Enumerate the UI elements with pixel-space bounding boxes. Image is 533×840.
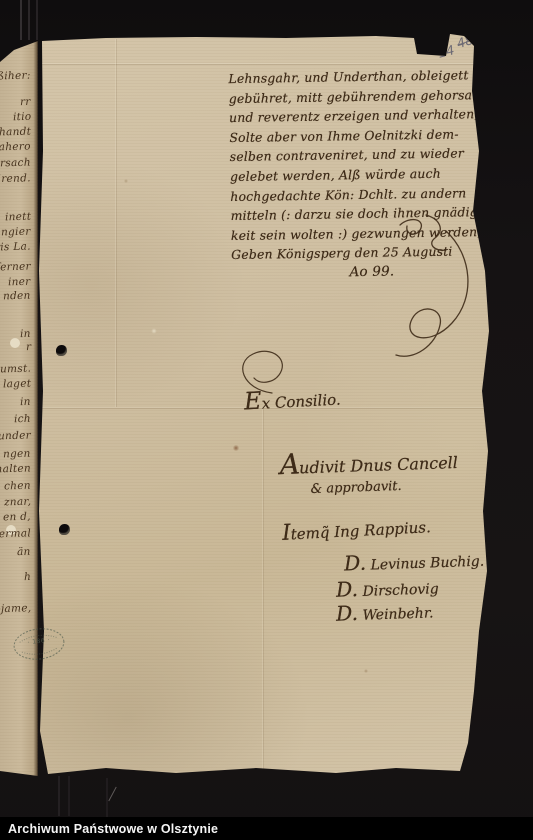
punch-hole	[56, 345, 67, 356]
adjacent-page-text-fragment: hesojame,	[0, 602, 31, 615]
adjacent-page-text-fragment: ferner	[0, 261, 31, 274]
adjacent-page-text-fragment: indermal	[0, 527, 31, 540]
binding-spine	[20, 0, 22, 40]
adjacent-page-text-fragment: ich	[14, 413, 31, 425]
adjacent-page-text-fragment: lhalten	[0, 462, 31, 475]
binding-thread	[108, 787, 116, 802]
adjacent-page-edge: ßiher:rritiohandtDaherorsachvertirend.in…	[0, 38, 38, 778]
filled-punch-hole	[10, 338, 20, 348]
document-scan: ßiher:rritiohandtDaherorsachvertirend.in…	[0, 0, 533, 840]
adjacent-page-text-fragment: än	[17, 546, 31, 558]
adjacent-page-text-fragment: rsach	[0, 157, 31, 170]
adjacent-page-text-fragment: en d,	[3, 511, 31, 524]
fold-crease	[36, 63, 494, 65]
crossed-folio-number: 48	[455, 33, 475, 52]
adjacent-page-text-fragment: inett	[5, 211, 32, 224]
adjacent-page-text-fragment: bunder	[0, 429, 31, 442]
adjacent-page-text-fragment: ris La.	[0, 241, 31, 254]
approval-note: Audivit Dnus Cancell & approbavit.	[279, 442, 459, 498]
adjacent-page-text-fragment: Dahero	[0, 140, 31, 153]
archive-stamp: · 186 ·	[10, 621, 68, 667]
binding-edge-bottom	[58, 776, 60, 816]
ex-consilio-note: Ex Consilio.	[234, 347, 384, 401]
adjacent-page-text-fragment: vertirend.	[0, 172, 31, 185]
audivit-line: Audivit Dnus Cancell	[279, 442, 458, 481]
adjacent-page-text-fragment: rr	[20, 96, 31, 108]
body-line: selben contraveniret, und zu wieder	[230, 143, 492, 167]
adjacent-page-text-fragment: nden	[3, 290, 31, 303]
adjacent-page-text-fragment: in	[20, 328, 31, 340]
ex-consilio-text: Ex Consilio.	[243, 382, 341, 415]
adjacent-page-text-fragment: ßiher:	[0, 70, 31, 83]
watermark-bar: Archiwum Państwowe w Olsztynie	[0, 817, 533, 840]
adjacent-page-text-fragment: itio	[12, 111, 31, 123]
signature: Itemq̃ Ing Rappius.	[281, 513, 431, 546]
signature-flourish	[366, 209, 496, 377]
approbavit-line: & approbavit.	[310, 477, 458, 497]
manuscript-page: 14 48 Lehnsgahr, und Underthan, obleiget…	[36, 31, 494, 777]
adjacent-page-text-fragment: umst.	[0, 363, 31, 376]
signature: D. Levinus Buchig.	[344, 547, 485, 576]
punch-hole	[59, 524, 70, 535]
adjacent-page-text-fragment: ngen	[3, 448, 31, 461]
adjacent-page-text-fragment: h	[24, 571, 31, 583]
adjacent-page-text-fragment: ngier	[1, 226, 31, 239]
signature: D. Weinbehr.	[336, 598, 434, 625]
adjacent-page-text-fragment: iner	[8, 276, 31, 289]
fold-crease	[262, 407, 264, 773]
adjacent-page-text-fragment: in	[20, 396, 31, 408]
fold-crease	[115, 39, 117, 407]
adjacent-page-text-fragment: znar,	[4, 496, 32, 509]
adjacent-page-text-fragment: laget	[3, 378, 32, 391]
archive-watermark-text: Archiwum Państwowe w Olsztynie	[0, 822, 218, 836]
adjacent-page-text-fragment: chen	[4, 480, 31, 493]
pencil-folio-number: 14	[436, 43, 456, 62]
adjacent-page-text-fragment: r	[26, 341, 32, 353]
adjacent-page-text-fragment: handt	[0, 126, 31, 139]
